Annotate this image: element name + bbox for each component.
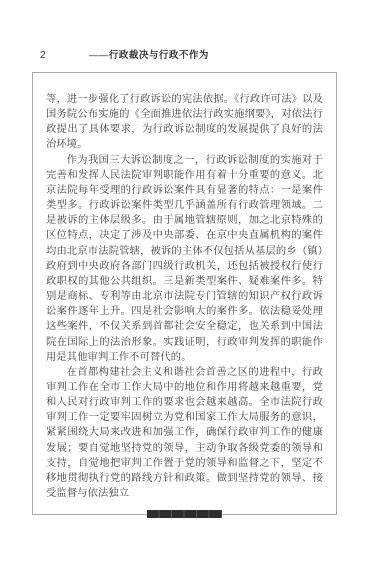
running-head-title: ——行政裁决与行政不作为 <box>89 47 209 61</box>
binding-mark <box>147 510 222 518</box>
page-number: 2 <box>40 49 46 61</box>
body-paragraph: 等，进一步强化了行政诉讼的宪法依据。《行政许可法》以及国务院公布实施的《全面推进… <box>46 92 323 153</box>
book-page: 2 ——行政裁决与行政不作为 等，进一步强化了行政诉讼的宪法依据。《行政许可法》… <box>0 0 369 567</box>
page-header: 2 ——行政裁决与行政不作为 <box>40 47 337 61</box>
body-text-frame: 等，进一步强化了行政诉讼的宪法依据。《行政许可法》以及国务院公布实施的《全面推进… <box>32 72 337 515</box>
body-paragraph: 作为我国三大诉讼制度之一，行政诉讼制度的实施对于完善和发挥人民法院审判职能作用有… <box>46 153 323 365</box>
body-text-area: 等，进一步强化了行政诉讼的宪法依据。《行政许可法》以及国务院公布实施的《全面推进… <box>33 73 336 501</box>
body-paragraph: 在首都构建社会主义和谐社会首善之区的进程中，行政审判工作在全市工作大局中的地位和… <box>46 365 323 501</box>
